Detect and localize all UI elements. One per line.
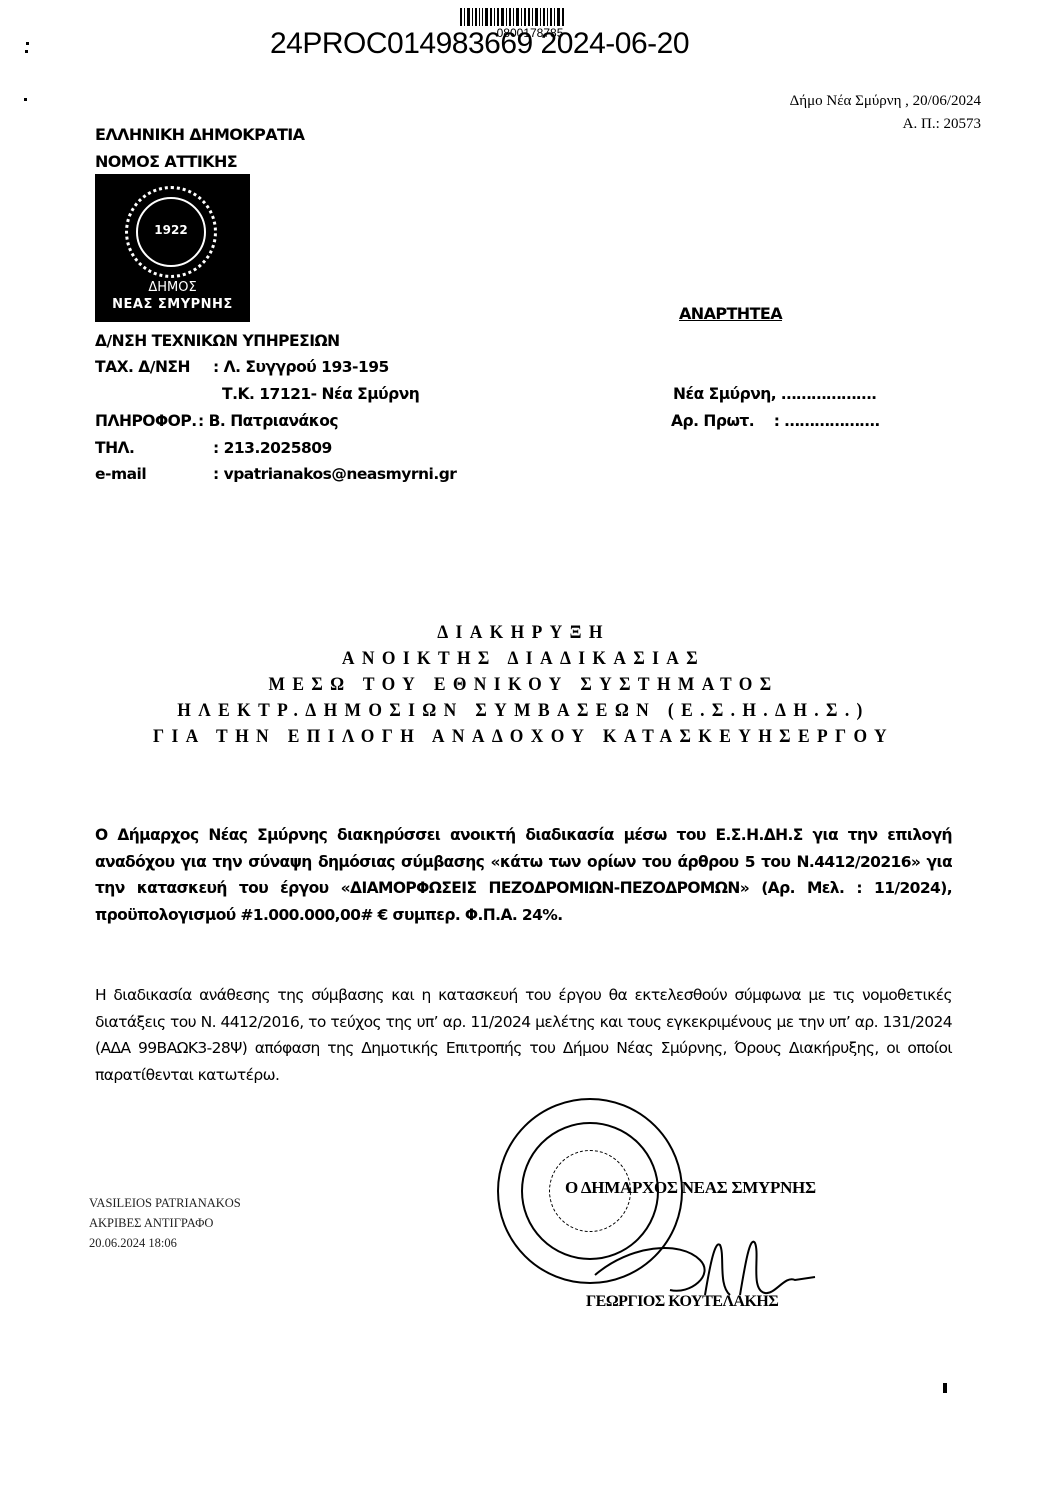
department-name: Δ/ΝΣΗ ΤΕΧΝΙΚΩΝ ΥΠΗΡΕΣΙΩΝ: [95, 332, 340, 350]
certified-copy-label: ΑΚΡΙΒΕΣ ΑΝΤΙΓΡΑΦΟ: [89, 1213, 241, 1233]
document-title: ΔΙΑΚΗΡΥΞΗ ΑΝΟΙΚΤΗΣ ΔΙΑΔΙΚΑΣΙΑΣ ΜΕΣΩ ΤΟΥ …: [42, 620, 1005, 750]
logo-year: 1922: [128, 223, 214, 237]
title-line: ΜΕΣΩ ΤΟΥ ΕΘΝΙΚΟΥ ΣΥΣΤΗΜΑΤΟΣ: [42, 672, 1005, 698]
certifier-name: VASILEIOS PATRIANAKOS: [89, 1193, 241, 1213]
prefecture-name: ΝΟΜΟΣ ΑΤΤΙΚΗΣ: [95, 152, 237, 171]
title-line: ΔΙΑΚΗΡΥΞΗ: [42, 620, 1005, 646]
protocol-field: Αρ. Πρωτ. : ……………….: [671, 412, 880, 430]
date-protocol-block: Δήμο Νέα Σμύρνη , 20/06/2024 Α. Π.: 2057…: [790, 90, 981, 136]
email-label: e-mail: [95, 465, 146, 483]
certification-datetime: 20.06.2024 18:06: [89, 1233, 241, 1253]
address-label: ΤΑΧ. Δ/ΝΣΗ: [95, 358, 190, 376]
scan-mark: [26, 42, 29, 45]
email-value: : vpatrianakos@neasmyrni.gr: [213, 465, 456, 483]
announcement-paragraph: Ο Δήμαρχος Νέας Σμύρνης διακηρύσσει ανοι…: [95, 822, 952, 928]
info-value: : Β. Πατριανάκος: [198, 412, 338, 430]
mayor-title: Ο ΔΗΜΑΡΧΟΣ ΝΕΑΣ ΣΜΥΡΝΗΣ: [565, 1178, 816, 1198]
phone-value: : 213.2025809: [213, 439, 332, 457]
country-name: ΕΛΛΗΝΙΚΗ ΔΗΜΟΚΡΑΤΙΑ: [95, 125, 304, 144]
procedure-paragraph: Η διαδικασία ανάθεσης της σύμβασης και η…: [95, 982, 952, 1088]
title-line: ΑΝΟΙΚΤΗΣ ΔΙΑΔΙΚΑΣΙΑΣ: [42, 646, 1005, 672]
scan-mark: [24, 98, 27, 101]
logo-line2: ΝΕΑΣ ΣΜΥΡΝΗΣ: [95, 297, 250, 312]
mayor-name: ΓΕΩΡΓΙΟΣ ΚΟΥΤΕΛΑΚΗΣ: [586, 1293, 778, 1311]
seal-icon: 1922: [125, 186, 217, 278]
title-line: ΓΙΑ ΤΗΝ ΕΠΙΛΟΓΗ ΑΝΑΔΟΧΟΥ ΚΑΤΑΣΚΕΥΗΣΕΡΓΟΥ: [42, 724, 1005, 750]
posting-label: ΑΝΑΡΤΗΤΕΑ: [679, 304, 782, 323]
protocol-number: Α. Π.: 20573: [790, 113, 981, 136]
scan-mark: [25, 50, 28, 53]
certified-copy-stamp: VASILEIOS PATRIANAKOS ΑΚΡΙΒΕΣ ΑΝΤΙΓΡΑΦΟ …: [89, 1193, 241, 1253]
info-label: ΠΛΗΡΟΦΟΡ.: [95, 412, 197, 430]
barcode: [460, 8, 590, 26]
page-mark: [943, 1383, 947, 1393]
municipality-logo: 1922 ΔΗΜΟΣ ΝΕΑΣ ΣΜΥΡΝΗΣ: [95, 174, 250, 322]
address-value: : Λ. Συγγρού 193-195: [213, 358, 389, 376]
title-line: ΗΛΕΚΤΡ.ΔΗΜΟΣΙΩΝ ΣΥΜΒΑΣΕΩΝ (Ε.Σ.Η.ΔΗ.Σ.): [42, 698, 1005, 724]
place-field: Νέα Σμύρνη, ……………….: [673, 385, 876, 403]
document-id: 24PROC014983669 2024-06-20: [270, 27, 689, 61]
phone-label: ΤΗΛ.: [95, 439, 134, 457]
postal-value: Τ.Κ. 17121- Νέα Σμύρνη: [222, 385, 419, 403]
place-date: Δήμο Νέα Σμύρνη , 20/06/2024: [790, 90, 981, 113]
logo-line1: ΔΗΜΟΣ: [95, 280, 250, 295]
